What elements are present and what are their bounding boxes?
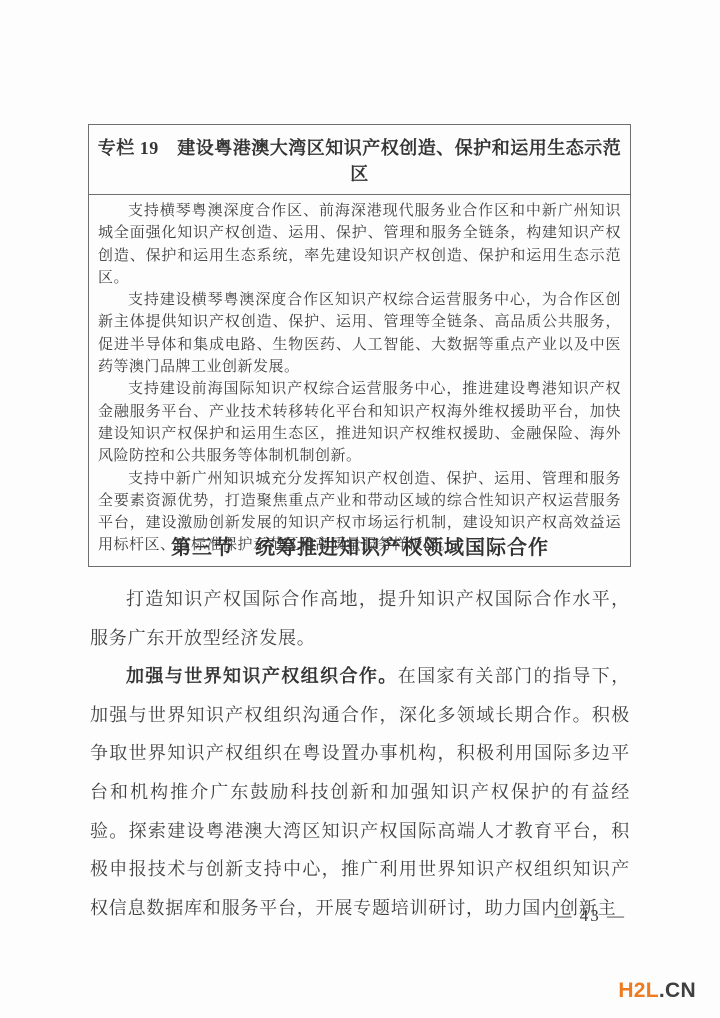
column-panel-19: 专栏 19 建设粤港澳大湾区知识产权创造、保护和运用生态示范区 支持横琴粤澳深度… [88, 124, 631, 567]
paragraph-text: 在国家有关部门的指导下，加强与世界知识产权组织沟通合作，深化多领域长期合作。积极… [90, 666, 630, 918]
body-text: 打造知识产权国际合作高地，提升知识产权国际合作水平，服务广东开放型经济发展。 加… [90, 580, 630, 927]
panel-body: 支持横琴粤澳深度合作区、前海深港现代服务业合作区和中新广州知识城全面强化知识产权… [89, 195, 630, 566]
paragraph-lead: 加强与世界知识产权组织合作。 [126, 666, 398, 686]
body-paragraph: 打造知识产权国际合作高地，提升知识产权国际合作水平，服务广东开放型经济发展。 [90, 580, 630, 657]
watermark: H2L.CN [618, 979, 696, 1003]
body-paragraph: 加强与世界知识产权组织合作。在国家有关部门的指导下，加强与世界知识产权组织沟通合… [90, 657, 630, 927]
panel-paragraph: 支持建设横琴粤澳深度合作区知识产权综合运营服务中心，为合作区创新主体提供知识产权… [98, 289, 621, 378]
panel-paragraph: 支持横琴粤澳深度合作区、前海深港现代服务业合作区和中新广州知识城全面强化知识产权… [98, 200, 621, 289]
document-page: 专栏 19 建设粤港澳大湾区知识产权创造、保护和运用生态示范区 支持横琴粤澳深度… [0, 0, 720, 1018]
paragraph-text: 打造知识产权国际合作高地，提升知识产权国际合作水平，服务广东开放型经济发展。 [90, 589, 630, 648]
panel-paragraph: 支持建设前海国际知识产权综合运营服务中心，推进建设粤港知识产权金融服务平台、产业… [98, 378, 621, 467]
watermark-secondary: .CN [659, 979, 696, 1002]
watermark-primary: H2L [618, 979, 659, 1002]
section-heading: 第三节 统筹推进知识产权领域国际合作 [0, 531, 720, 560]
page-number: — 43 — [555, 906, 627, 926]
panel-title: 专栏 19 建设粤港澳大湾区知识产权创造、保护和运用生态示范区 [89, 125, 630, 195]
